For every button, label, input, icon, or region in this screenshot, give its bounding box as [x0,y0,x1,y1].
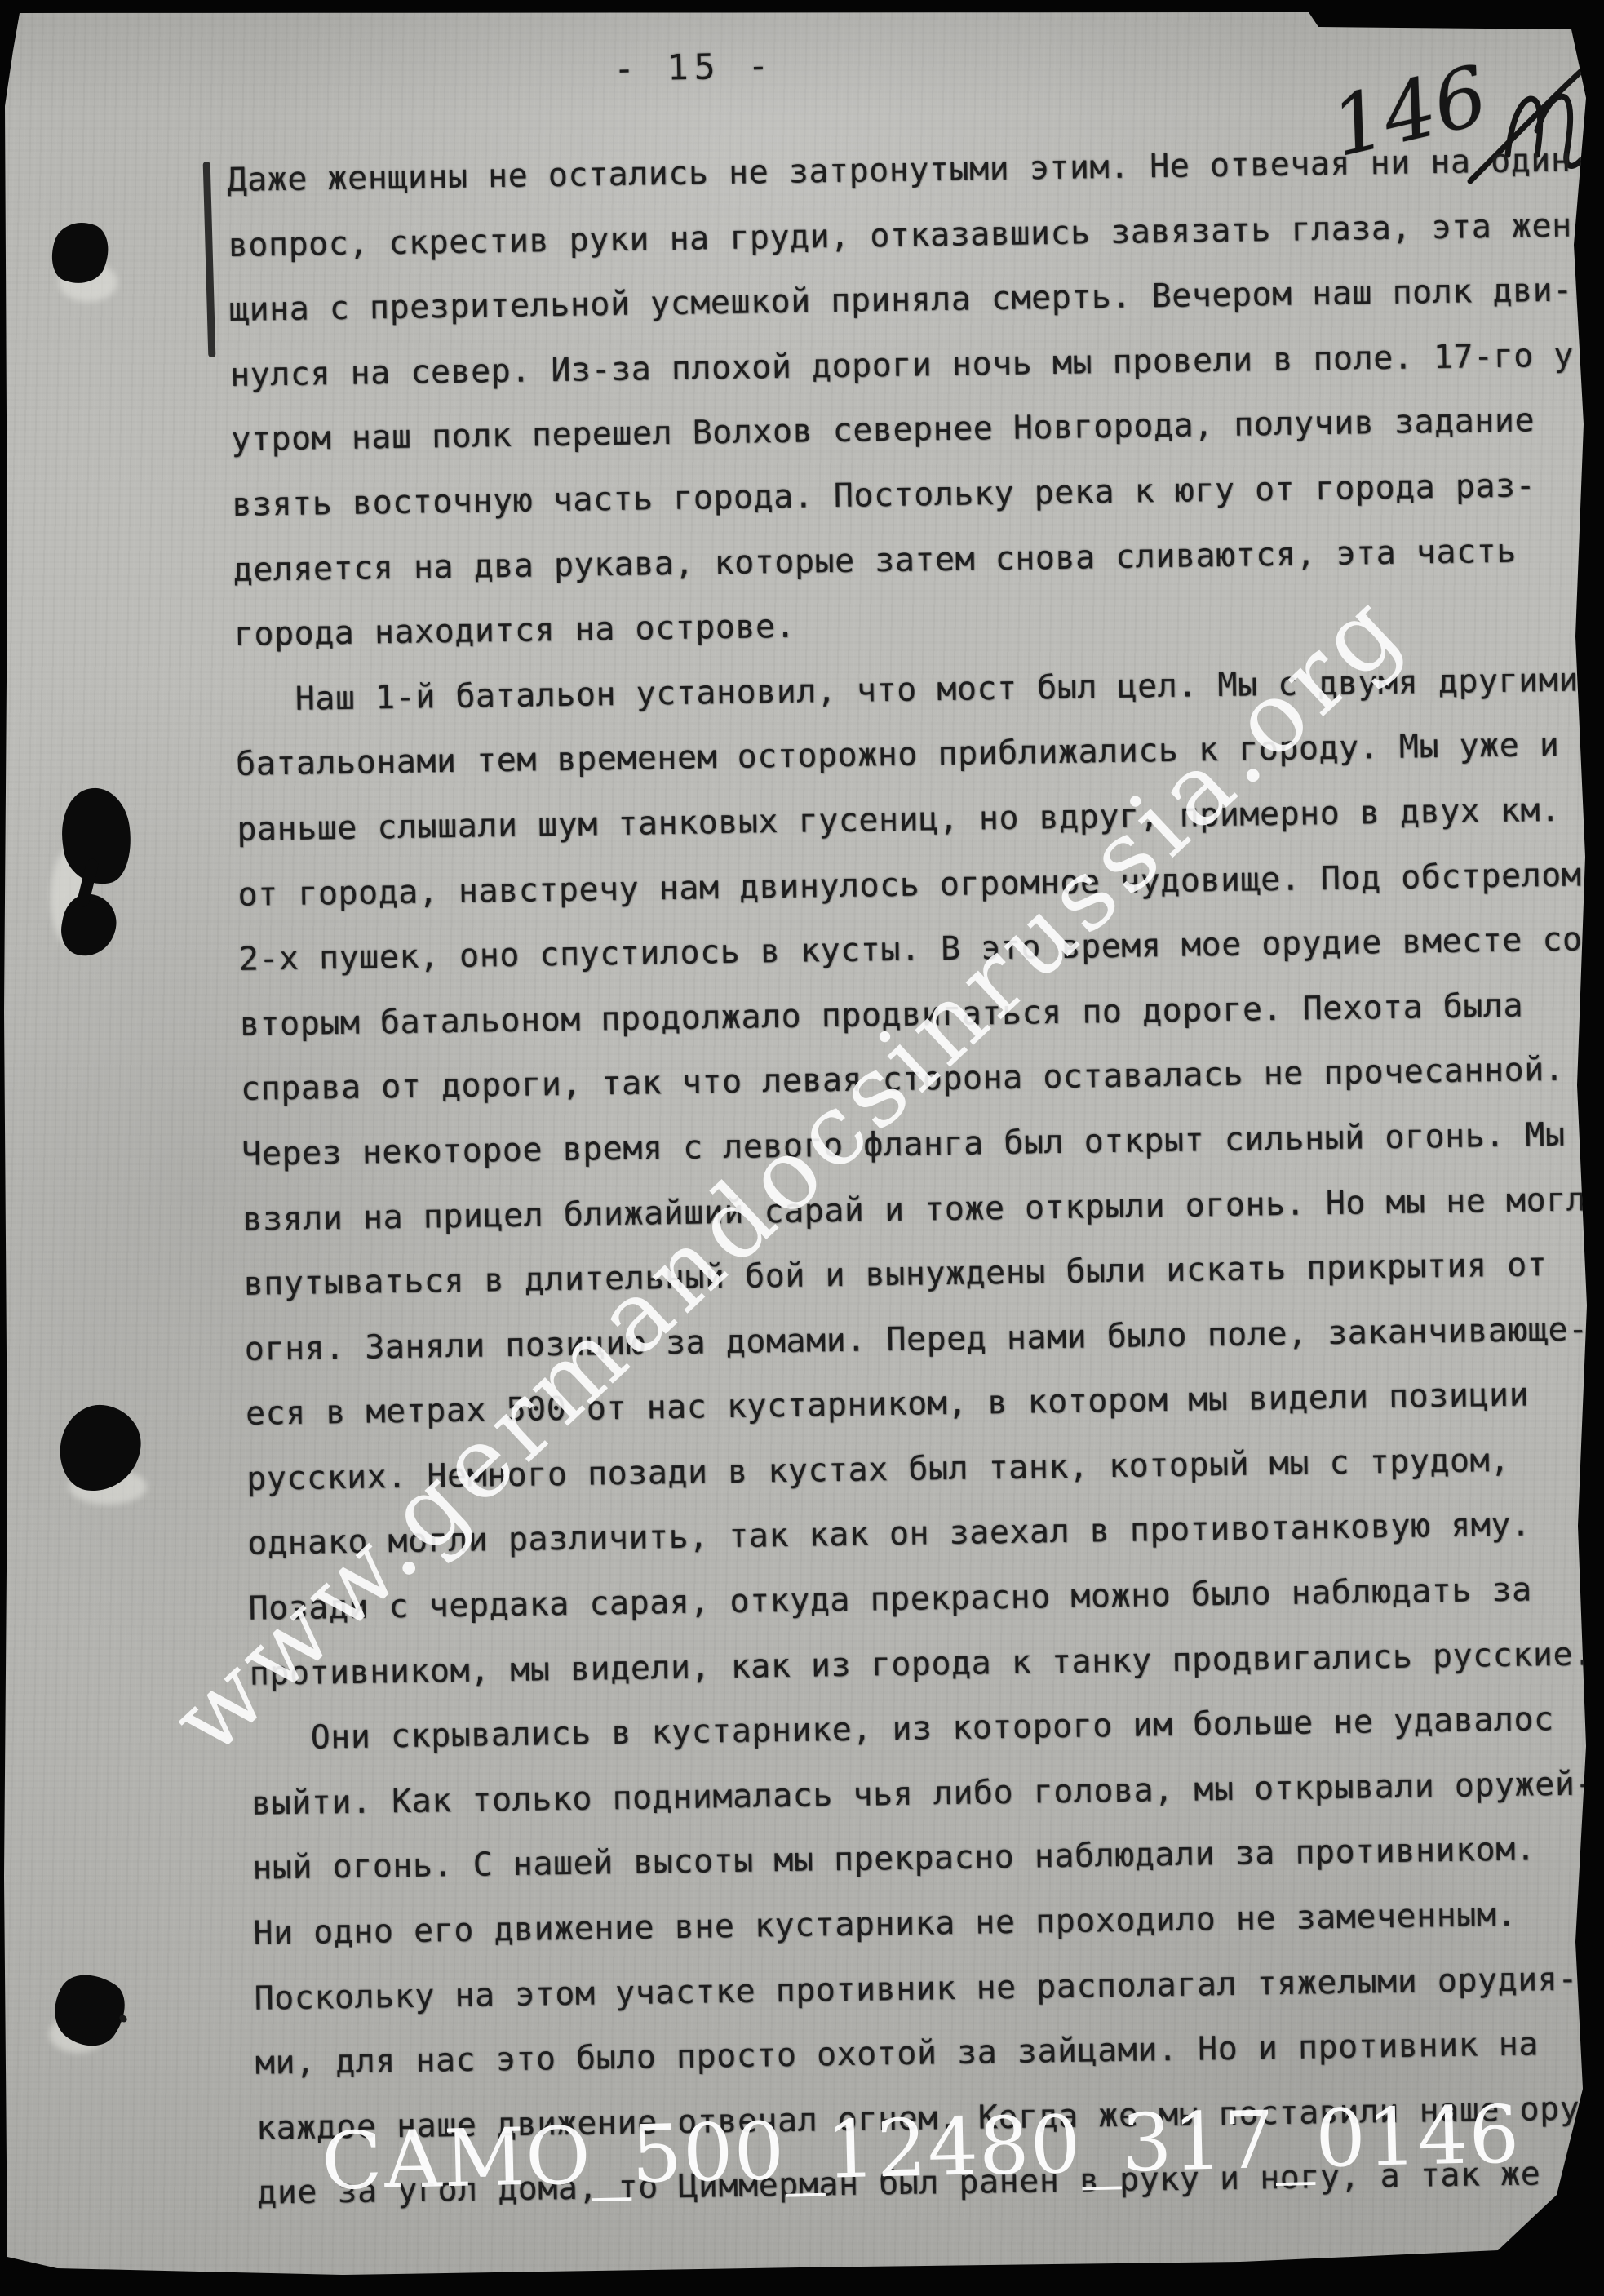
typewritten-text: Даже женщины не остались не затронутыми … [227,128,1604,2227]
page-number: - 15 - [613,46,774,90]
margin-pen-line [203,162,216,357]
scanned-document-page: - 15 - 146 Даже женщины не остались не з… [0,0,1604,2296]
paper-sheet: - 15 - 146 Даже женщины не остались не з… [0,0,1604,2296]
